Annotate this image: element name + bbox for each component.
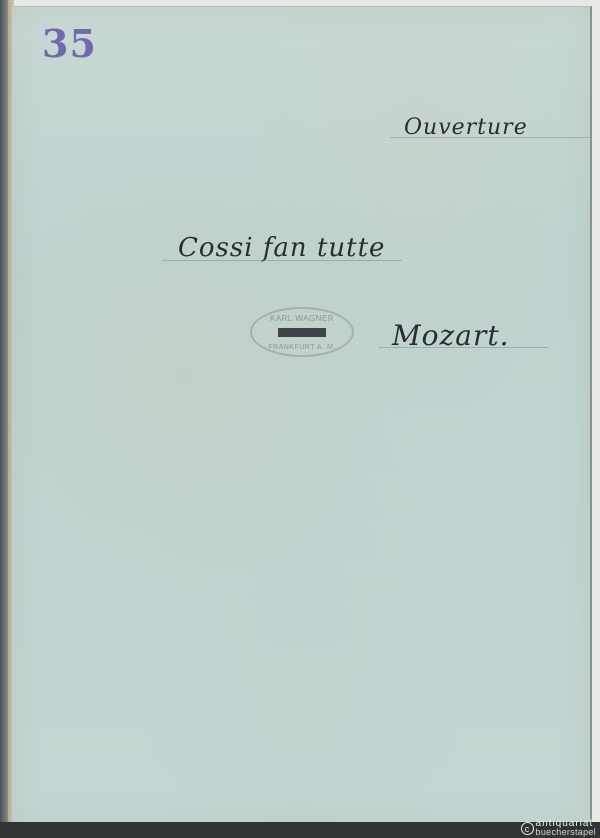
- watermark: c antiquariat buecherstapel: [521, 820, 596, 836]
- library-stamp: KARL WAGNER FRANKFURT A. M.: [250, 307, 354, 357]
- catalog-number: 35: [42, 21, 97, 66]
- heading-underline: [390, 137, 590, 138]
- stamp-redaction-bar: [278, 328, 326, 337]
- copyright-icon: c: [521, 822, 534, 835]
- watermark-line2: buecherstapel: [536, 828, 596, 836]
- stamp-top-text: KARL WAGNER: [252, 314, 352, 323]
- cover-page: 35 Ouverture Cossi fan tutte KARL WAGNER…: [12, 6, 592, 825]
- watermark-text: antiquariat buecherstapel: [536, 820, 596, 836]
- scanned-document: 35 Ouverture Cossi fan tutte KARL WAGNER…: [0, 0, 600, 838]
- stamp-bottom-text: FRANKFURT A. M.: [252, 344, 352, 351]
- title-underline: [162, 260, 402, 261]
- composer-underline: [378, 347, 548, 348]
- opera-title: Cossi fan tutte: [178, 233, 385, 263]
- scan-bottom-edge: [0, 822, 600, 838]
- binding-spine: [0, 0, 8, 838]
